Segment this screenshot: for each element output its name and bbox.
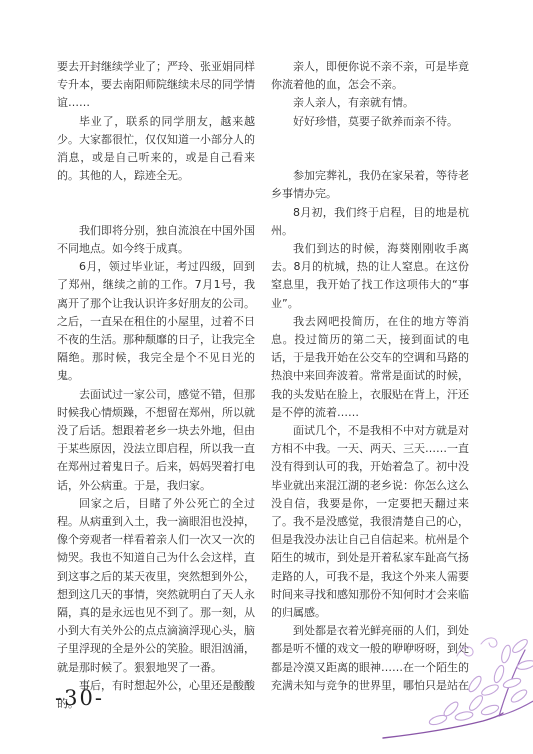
paragraph: 回家之后，目睹了外公死亡的全过程。从病重到入土，我一滴眼泪也没掉，像个旁观者一样… xyxy=(57,495,255,677)
paragraph: 我们到达的时候，海葵刚刚收手离去。8月的杭城，热的让人窒息。在这份窒息里，我开始… xyxy=(271,240,469,313)
page-number: -30- xyxy=(55,686,104,710)
paragraph: 毕业了，联系的同学朋友，越来越少。大家都很忙，仅仅知道一小部分人的消息，或是自己… xyxy=(57,113,255,186)
paragraph: 亲人亲人，有亲就有情。 xyxy=(271,94,469,112)
paragraph: 8月初，我们终于启程，目的地是杭州。 xyxy=(271,204,469,240)
paragraph: 我们即将分别，独自流浪在中国外国不同地点。如今终于成真。 xyxy=(57,222,255,258)
paragraph: 我去网吧投简历，在住的地方等消息。投过简历的第二天，接到面试的电话，于是我开始在… xyxy=(271,313,469,422)
book-page: 要去开封继续学业了；严玲、张亚娟同样专升本，要去南阳师院继续未尽的同学情谊……毕… xyxy=(0,0,533,754)
paragraph: 面试几个，不是我相不中对方就是对方相不中我。一天、两天、三天……一直没有得到认可… xyxy=(271,422,469,622)
paragraph: 6月，领过毕业证，考过四级，回到了郑州，继续之前的工作。7月1号，我离开了那个让… xyxy=(57,258,255,385)
left-text-column: 要去开封继续学业了；严玲、张亚娟同样专升本，要去南阳师院继续未尽的同学情谊……毕… xyxy=(57,58,255,713)
paragraph: 好好珍惜，莫要子欲养而亲不待。 xyxy=(271,113,469,131)
paragraph: 要去开封继续学业了；严玲、张亚娟同样专升本，要去南阳师院继续未尽的同学情谊…… xyxy=(57,58,255,113)
paragraph: 参加完葬礼，我仍在家呆着，等待老乡事情办完。 xyxy=(271,167,469,203)
paragraph: 去面试过一家公司，感觉不错，但那时候我心情烦躁，不想留在郑州，所以就没了后话。想… xyxy=(57,386,255,495)
right-text-column: 亲人，即便你说不亲不亲，可是毕竟你流着他的血，怎会不亲。亲人亲人，有亲就有情。好… xyxy=(271,58,469,695)
paragraph: 亲人，即便你说不亲不亲，可是毕竟你流着他的血，怎会不亲。 xyxy=(271,58,469,94)
floral-branch-icon xyxy=(363,628,533,743)
